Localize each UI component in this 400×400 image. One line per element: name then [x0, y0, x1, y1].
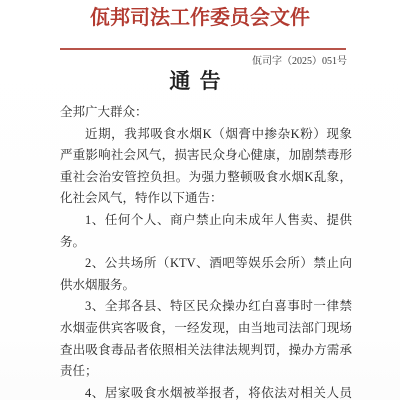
document-number: 佤司字（2025）051号 [252, 56, 347, 68]
notice-title: 通 告 [0, 68, 392, 94]
body-line: 责任； [60, 361, 352, 383]
body-line-salutation: 全邦广大群众： [60, 102, 352, 124]
body-line-item-3: 3、全邦各县、特区民众操办红白喜事时一律禁止摆设 [60, 296, 352, 318]
body-line-item-2: 2、公共场所（KTV、酒吧等娱乐会所）禁止向消费者提 [60, 253, 352, 275]
body-line: 近期，我邦吸食水烟K（烟膏中掺杂K粉）现象突出， [60, 124, 352, 146]
notice-body: 全邦广大群众： 近期，我邦吸食水烟K（烟膏中掺杂K粉）现象突出， 严重影响社会风… [60, 102, 352, 400]
body-line: 重社会治安管控负担。为强力整顿吸食水烟K乱象，有效净 [60, 167, 352, 189]
body-line: 查出吸食毒品者依照相关法律法规判罚，操办方需承担相应 [60, 340, 352, 362]
document-header-title: 佤邦司法工作委员会文件 [0, 5, 400, 31]
body-line-item-4: 4、居家吸食水烟被举报者，将依法对相关人员进行检 [60, 383, 352, 400]
body-line-item-1: 1、任何个人、商户禁止向未成年人售卖、提供水烟服 [60, 210, 352, 232]
body-line: 严重影响社会风气，损害民众身心健康，加剧禁毒形势，加 [60, 145, 352, 167]
body-line: 务。 [60, 232, 352, 254]
header-divider-line [60, 48, 346, 50]
document-page: 佤邦司法工作委员会文件 佤司字（2025）051号 通 告 全邦广大群众： 近期… [0, 0, 400, 400]
body-line: 化社会风气，特作以下通告： [60, 188, 352, 210]
body-line: 水烟壶供宾客吸食，一经发现，由当地司法部门现场检测， [60, 318, 352, 340]
body-line: 供水烟服务。 [60, 275, 352, 297]
